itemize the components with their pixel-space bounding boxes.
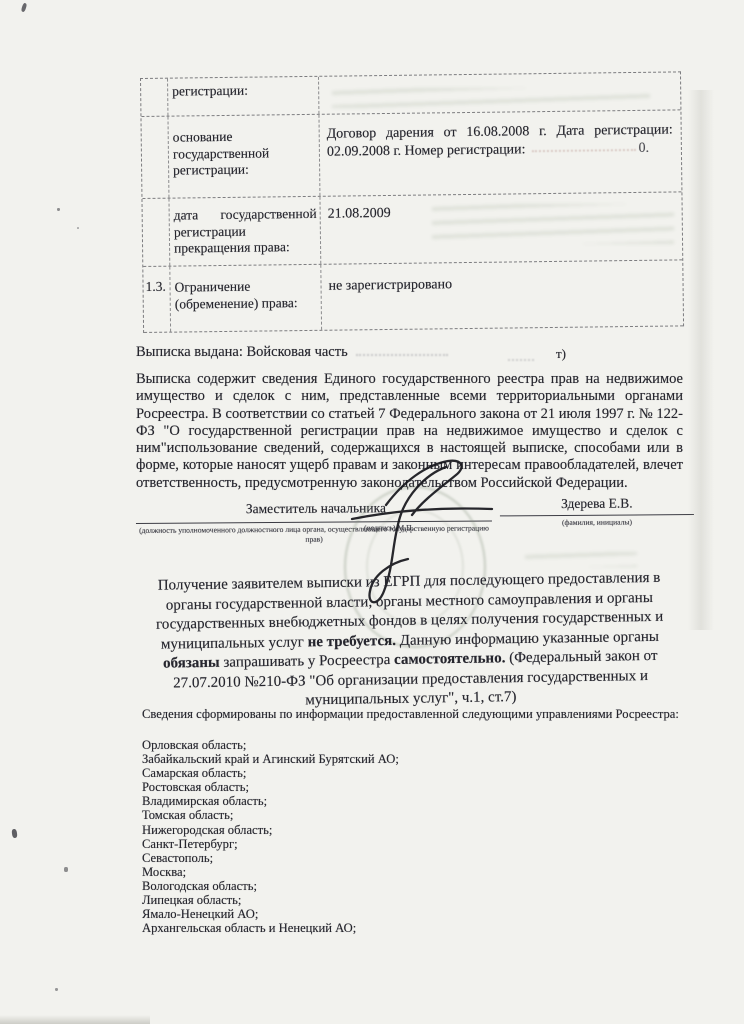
scan-speck (11, 829, 17, 839)
region-item: Ростовская область; (142, 780, 562, 794)
row-number: 1.3. (143, 267, 171, 332)
erased-registration-number (531, 143, 635, 151)
region-item: Севастополь; (142, 851, 562, 865)
row-number (141, 79, 168, 116)
law-text-bold: самостоятельно. (394, 650, 506, 668)
row-value: Договор дарения от 16.08.2008 г. Дата ре… (319, 110, 681, 195)
law-text-segment: запрашивать у Росреестра (220, 652, 395, 671)
table-row: дата государственной регистрации прекращ… (142, 192, 682, 267)
region-item: Томская область; (142, 808, 562, 822)
region-item: Архангельская область и Ненецкий АО; (142, 921, 562, 935)
row-label: основание государственной регистрации: (168, 115, 320, 198)
info-line: Сведения сформированы по информации пред… (142, 707, 702, 722)
table-row: основание государственной регистрации: Д… (141, 110, 681, 199)
table-row: регистрации: (141, 72, 680, 117)
region-item: Москва; (142, 865, 562, 879)
regions-list: Орловская область; Забайкальский край и … (142, 738, 562, 935)
scanned-document-page: регистрации: основание государственной р… (0, 0, 744, 1024)
region-item: Забайкальский край и Агинский Бурятский … (142, 752, 562, 766)
row-number (141, 117, 169, 198)
erased-unit-number (356, 350, 448, 356)
signature-stamp-note: (подпись) М.П. (364, 523, 474, 533)
ghost-smudge (525, 552, 637, 567)
law-text-bold: не требуется. (307, 632, 396, 649)
scan-speck (64, 867, 68, 872)
issued-line: Выписка выдана: Войсковая часть т) (136, 344, 696, 361)
paragraph-egrp-info: Выписка содержит сведения Единого госуда… (136, 371, 683, 492)
scan-speck (21, 3, 28, 13)
row-label: Ограничение (обременение) права: (170, 265, 322, 332)
signature-position: Заместитель начальника (161, 500, 471, 518)
region-item: Ямало-Ненецкий АО; (142, 907, 562, 921)
issued-text: Выписка выдана: Войсковая часть (136, 344, 348, 360)
region-item: Санкт-Петербург; (142, 837, 562, 851)
paragraph-law-210: Получение заявителем выписки из ЕГРП для… (139, 569, 681, 714)
erased-mark (508, 356, 534, 361)
signature-name-note: (фамилия, инициалы) (500, 517, 694, 527)
signature-name: Здерева Е.В. (500, 495, 694, 512)
scan-speck (57, 208, 60, 211)
scan-edge-shadow (0, 1015, 150, 1024)
table-row: 1.3. Ограничение (обременение) права: не… (143, 260, 683, 333)
row-value (319, 72, 680, 113)
region-item: Липецкая область; (142, 893, 562, 907)
scan-speck (55, 988, 58, 991)
law-text-segment: Данную информацию указанные органы (396, 628, 659, 648)
scan-speck (77, 227, 79, 229)
row-value: не зарегистрировано (321, 260, 683, 329)
row-value: 21.08.2009 (320, 192, 682, 263)
region-item: Орловская область; (142, 738, 562, 752)
scan-edge-shadow (688, 90, 714, 630)
row-label: регистрации: (168, 77, 319, 116)
row-label: дата государственной регистрации прекращ… (169, 197, 321, 266)
row-value-text: Договор дарения от 16.08.2008 г. Дата ре… (327, 122, 673, 159)
erased-number-tail: 0. (638, 140, 649, 155)
issued-tail: т) (556, 346, 566, 362)
registry-table: регистрации: основание государственной р… (140, 71, 684, 333)
law-text-bold: обязаны (163, 655, 220, 672)
signature-block: Заместитель начальника Здерева Е.В. (дол… (136, 495, 694, 557)
region-item: Нижегородская область; (142, 823, 562, 837)
row-number (142, 199, 170, 266)
region-item: Владимирская область; (142, 794, 562, 808)
region-item: Самарская область; (142, 766, 562, 780)
region-item: Вологодская область; (142, 879, 562, 893)
signature-line (500, 514, 694, 516)
